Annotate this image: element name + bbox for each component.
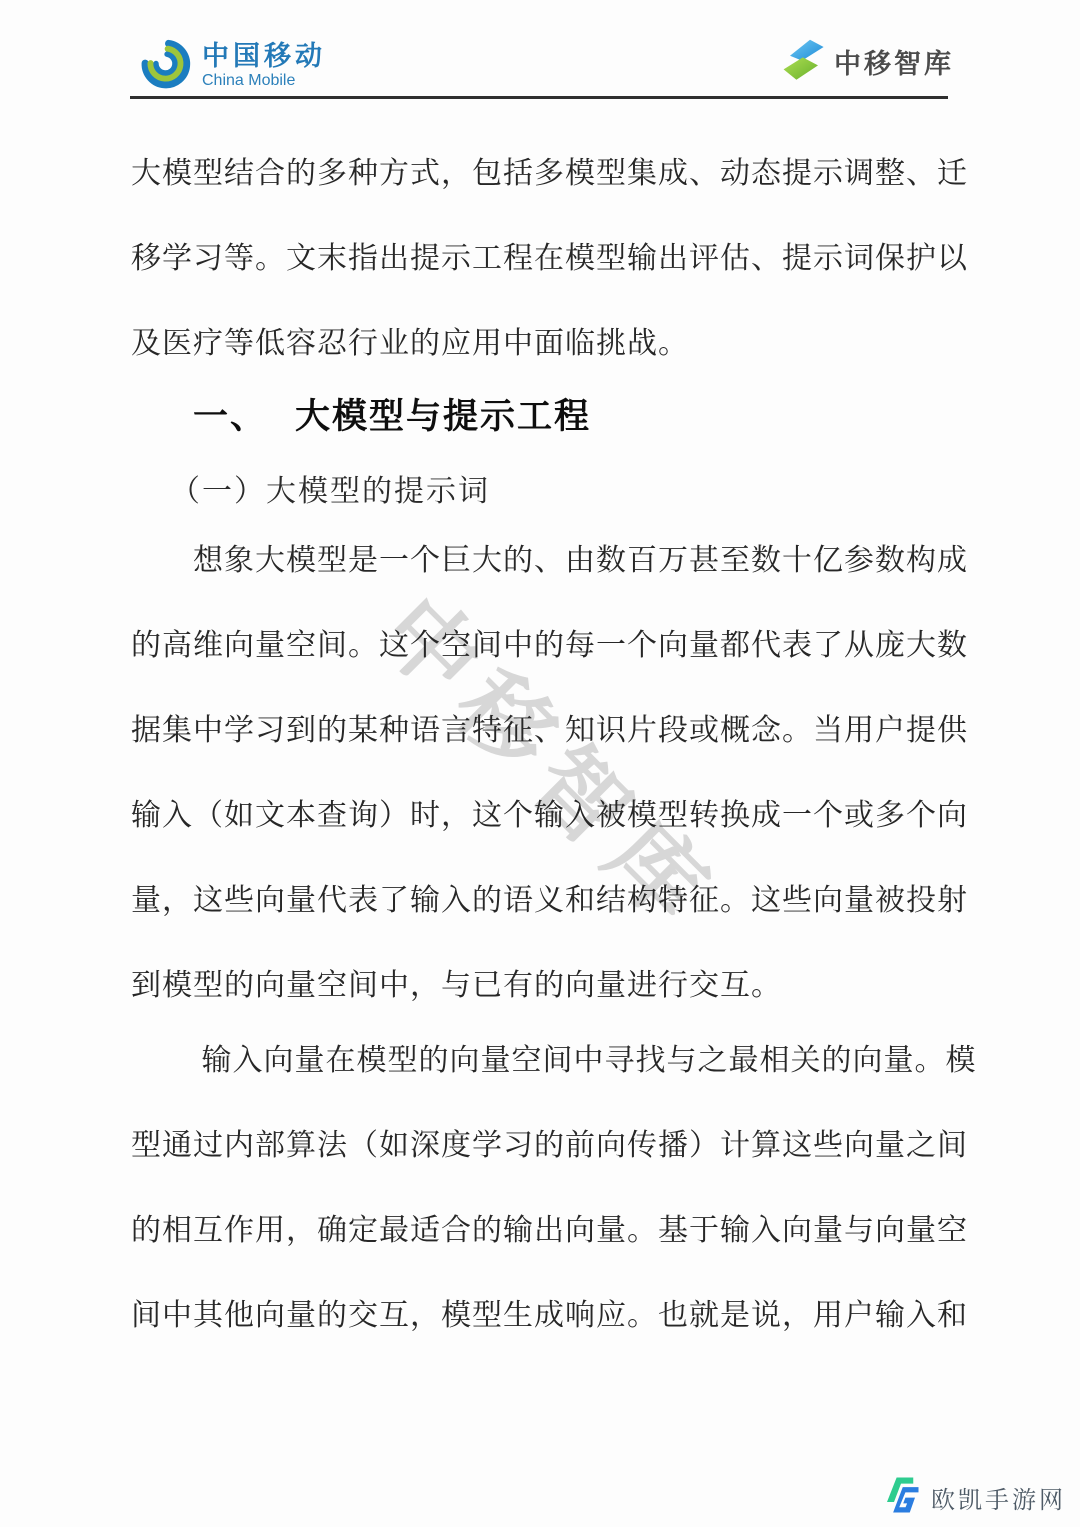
- text-line: 间中其他向量的交互，模型生成响应。也就是说，用户输入和: [131, 1273, 961, 1358]
- text-line: 据集中学习到的某种语言特征、知识片段或概念。当用户提供: [131, 688, 961, 773]
- text-line: 的高维向量空间。这个空间中的每一个向量都代表了从庞大数: [131, 603, 961, 688]
- site-logo: 欧凯手游网: [880, 1474, 1066, 1521]
- header-divider: [130, 96, 948, 99]
- document-page: 中国移动 China Mobile 中: [0, 0, 1080, 1527]
- china-mobile-name-cn: 中国移动: [202, 43, 326, 70]
- text-line: 的相互作用，确定最适合的输出向量。基于输入向量与向量空: [131, 1188, 961, 1273]
- china-mobile-name-en: China Mobile: [202, 73, 326, 89]
- paragraph-3: 输入向量在模型的向量空间中寻找与之最相关的向量。模型通过内部算法（如深度学习的前…: [131, 1018, 961, 1358]
- china-mobile-wordmark: 中国移动 China Mobile: [202, 43, 326, 89]
- section-heading-title: 大模型与提示工程: [295, 397, 591, 436]
- paragraph-1: 大模型结合的多种方式，包括多模型集成、动态提示调整、迁移学习等。文末指出提示工程…: [131, 131, 961, 386]
- text-line: 输入向量在模型的向量空间中寻找与之最相关的向量。模: [131, 1018, 961, 1103]
- text-line: 型通过内部算法（如深度学习的前向传播）计算这些向量之间: [131, 1103, 961, 1188]
- zhiku-mark-icon: [778, 32, 826, 91]
- paragraph-2: 想象大模型是一个巨大的、由数百万甚至数十亿参数构成的高维向量空间。这个空间中的每…: [131, 518, 961, 1028]
- text-line: 移学习等。文末指出提示工程在模型输出评估、提示词保护以: [131, 216, 961, 301]
- site-name: 欧凯手游网: [931, 1480, 1066, 1515]
- site-logo-icon: [880, 1474, 922, 1521]
- text-line: 量，这些向量代表了输入的语义和结构特征。这些向量被投射: [131, 858, 961, 943]
- text-line: 输入（如文本查询）时，这个输入被模型转换成一个或多个向: [131, 773, 961, 858]
- text-line: 大模型结合的多种方式，包括多模型集成、动态提示调整、迁: [131, 131, 961, 216]
- text-line: 及医疗等低容忍行业的应用中面临挑战。: [131, 301, 961, 386]
- text-line: 到模型的向量空间中，与已有的向量进行交互。: [131, 943, 961, 1028]
- section-heading: 一、大模型与提示工程: [193, 389, 591, 439]
- china-mobile-logo: 中国移动 China Mobile: [138, 36, 326, 95]
- zhiku-name: 中移智库: [834, 42, 954, 81]
- zhiku-logo: 中移智库: [778, 32, 954, 91]
- subsection-heading: （一）大模型的提示词: [170, 466, 490, 510]
- text-line: 想象大模型是一个巨大的、由数百万甚至数十亿参数构成: [131, 518, 961, 603]
- section-heading-number: 一、: [193, 397, 267, 436]
- china-mobile-swirl-icon: [138, 36, 192, 95]
